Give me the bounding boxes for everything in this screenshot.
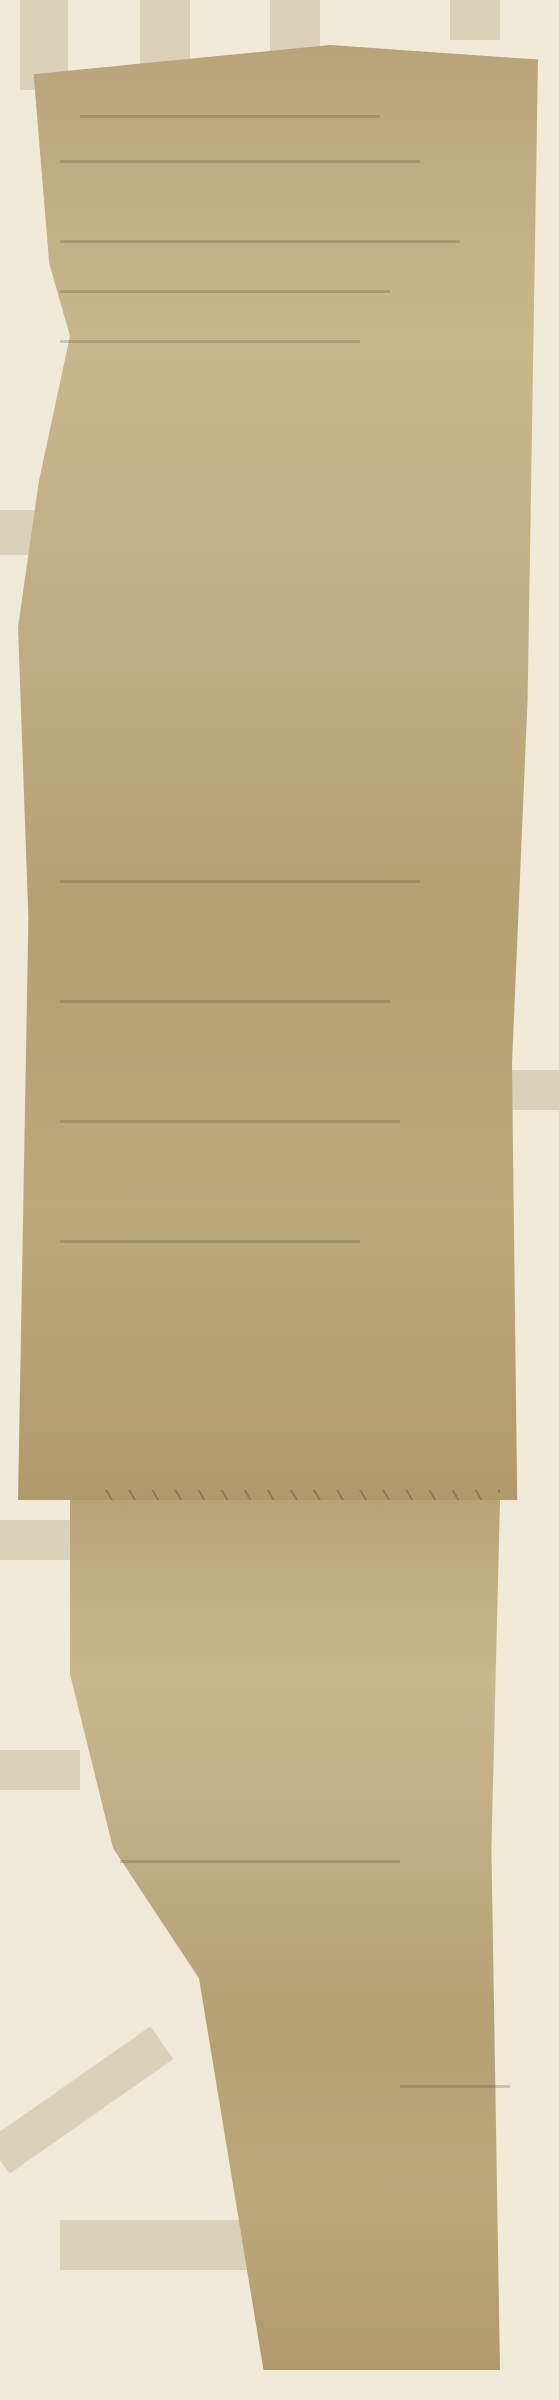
tape-strip xyxy=(0,1750,80,1790)
tape-strip xyxy=(0,2026,173,2173)
stitched-join xyxy=(90,1490,500,1500)
tape-strip xyxy=(450,0,500,40)
parchment-membrane-upper xyxy=(18,45,538,1500)
tape-strip xyxy=(60,2220,250,2270)
